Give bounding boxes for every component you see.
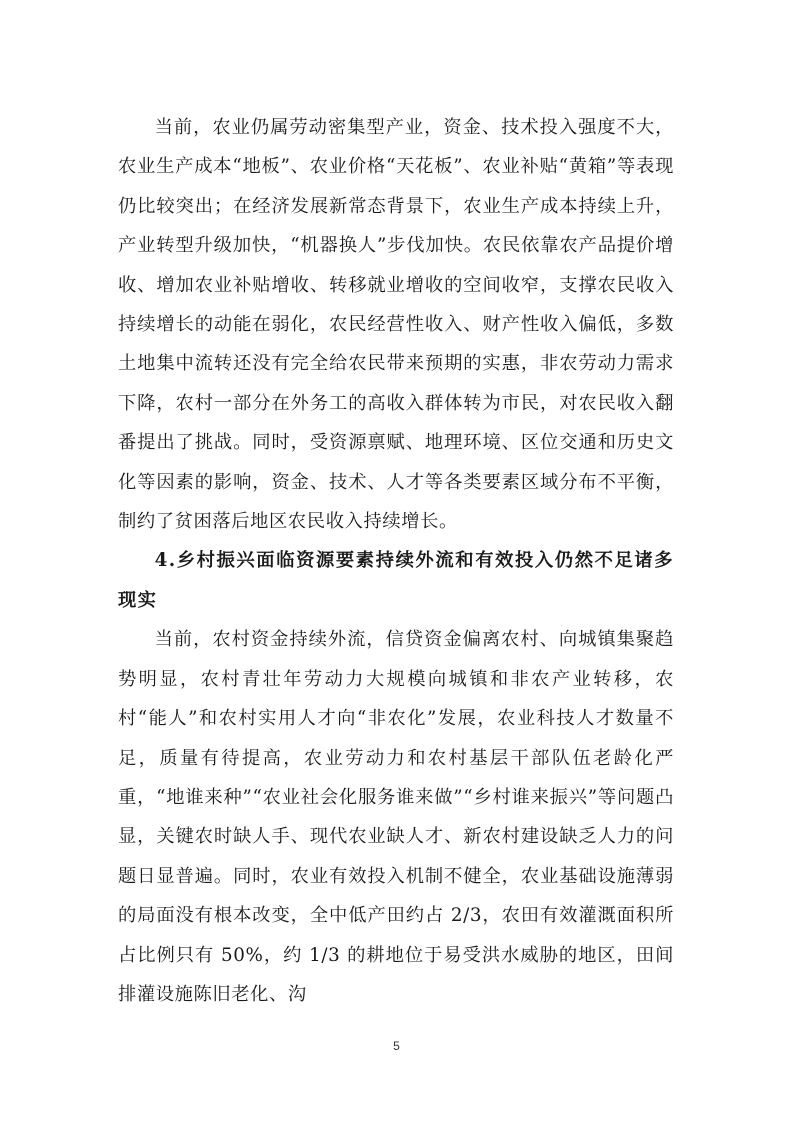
- body-paragraph: 当前，农业仍属劳动密集型产业，资金、技术投入强度不大，农业生产成本“地板”、农业…: [118, 108, 674, 541]
- page-number: 5: [0, 1039, 793, 1053]
- document-page: 当前，农业仍属劳动密集型产业，资金、技术投入强度不大，农业生产成本“地板”、农业…: [118, 108, 674, 1014]
- section-heading: 4.乡村振兴面临资源要素持续外流和有效投入仍然不足诸多现实: [118, 541, 674, 620]
- body-paragraph: 当前，农村资金持续外流，信贷资金偏离农村、向城镇集聚趋势明显，农村青壮年劳动力大…: [118, 620, 674, 1014]
